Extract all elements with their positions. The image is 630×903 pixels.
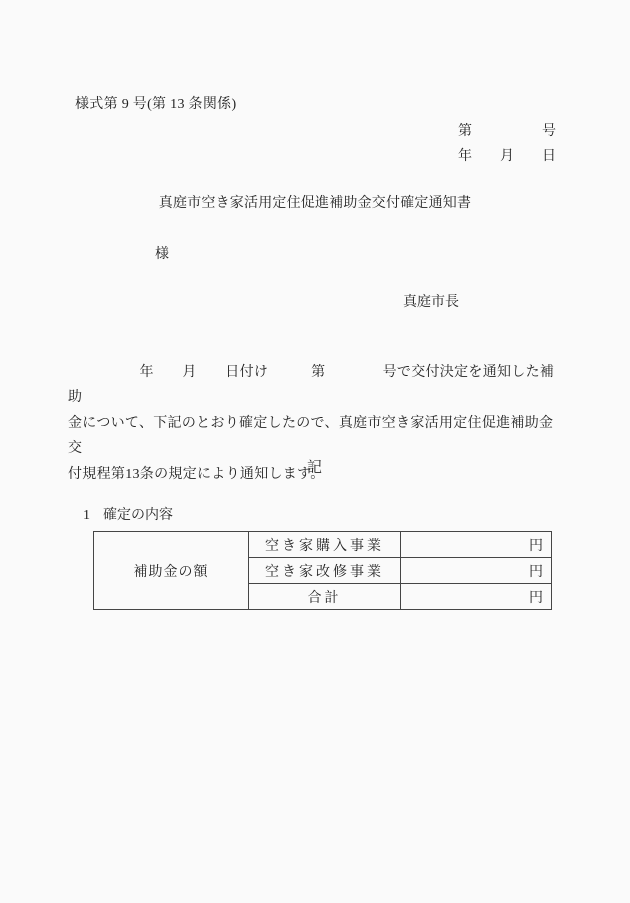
- addressee-suffix: 様: [155, 243, 169, 263]
- amount-cell-total: 円: [401, 584, 552, 610]
- record-heading: 記: [0, 456, 630, 477]
- item-cell-purchase: 空き家購入事業: [249, 532, 401, 558]
- amount-cell-purchase: 円: [401, 532, 552, 558]
- document-title: 真庭市空き家活用定住促進補助金交付確定通知書: [0, 192, 630, 212]
- item-cell-total: 合計: [249, 584, 401, 610]
- unit-label: 円: [529, 539, 544, 554]
- form-number: 様式第 9 号(第 13 条関係): [75, 93, 236, 113]
- document-number-line: 第 号: [0, 120, 556, 140]
- row-group-header-cell: 補助金の額: [94, 532, 249, 610]
- unit-label: 円: [529, 591, 544, 606]
- amount-cell-renovation: 円: [401, 558, 552, 584]
- body-line-2: 金について、下記のとおり確定したので、真庭市空き家活用定住促進補助金交: [68, 411, 560, 462]
- table-row: 補助金の額 空き家購入事業 円: [94, 532, 552, 558]
- sender-name: 真庭市長: [403, 291, 459, 311]
- section-1-heading: 1確定の内容: [83, 504, 173, 524]
- item-cell-renovation: 空き家改修事業: [249, 558, 401, 584]
- section-1-title: 確定の内容: [103, 508, 173, 523]
- document-page: 様式第 9 号(第 13 条関係) 第 号 年 月 日 真庭市空き家活用定住促進…: [0, 0, 630, 903]
- unit-label: 円: [529, 565, 544, 580]
- body-line-1: 年 月 日付け 第 号で交付決定を通知した補助: [68, 360, 560, 411]
- section-1-number: 1: [83, 508, 90, 524]
- document-date-line: 年 月 日: [0, 145, 556, 165]
- grant-amount-table: 補助金の額 空き家購入事業 円 空き家改修事業 円 合計 円: [93, 531, 552, 610]
